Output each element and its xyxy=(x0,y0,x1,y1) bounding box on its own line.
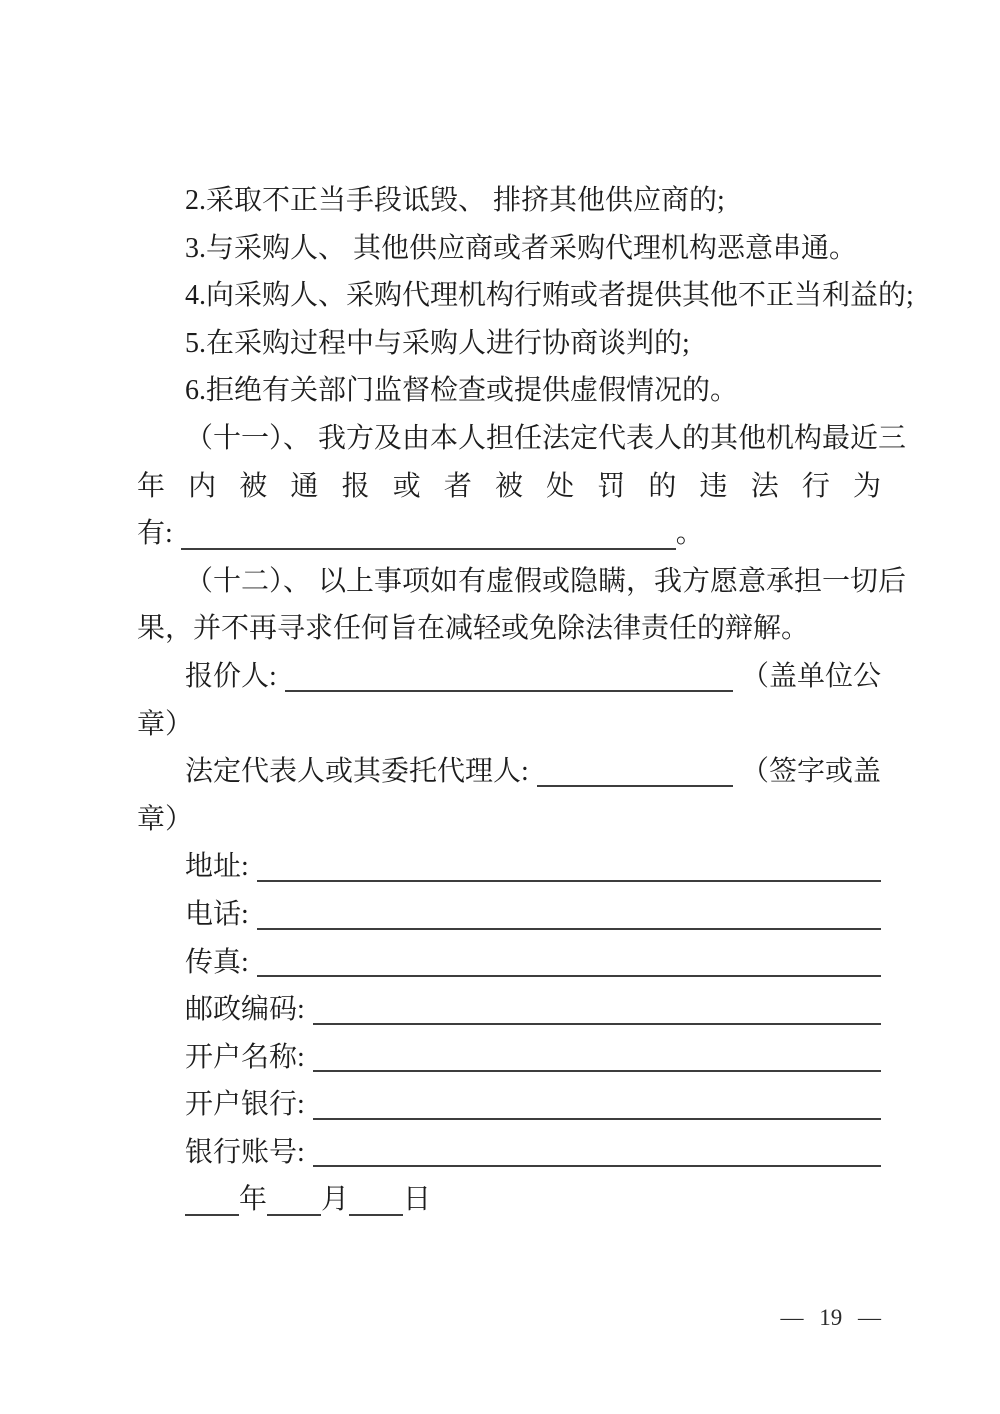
account-name-label: 开户名称: xyxy=(185,1034,305,1082)
address-blank-field xyxy=(257,880,881,882)
month-label: 月 xyxy=(321,1184,349,1215)
clause-11-line-2: 年 内 被 通 报 或 者 被 处 罚 的 违 法 行 为 xyxy=(137,463,881,511)
account-name-blank-field xyxy=(313,1070,881,1072)
bidder-seal-note: （盖单位公 xyxy=(741,653,881,701)
violations-label: 有: xyxy=(137,518,173,549)
bidder-signature-line: 报价人: （盖单位公 xyxy=(137,653,881,701)
page-footer: — 19 — xyxy=(0,1305,881,1331)
clause-11-line-1-text: （十一）、 我方及由本人担任法定代表人的其他机构最近三 xyxy=(185,423,906,454)
bank-name-line: 开户银行: xyxy=(137,1081,881,1129)
document-page: 2.采取不正当手段诋毁、 排挤其他供应商的; 3.与采购人、 其他供应商或者采购… xyxy=(0,0,1000,1414)
phone-blank-field xyxy=(257,928,881,930)
legal-rep-seal-note: （签字或盖 xyxy=(741,748,881,796)
clause-item-5-text: 5.在采购过程中与采购人进行协商谈判的; xyxy=(185,328,690,359)
clause-item-6-text: 6.拒绝有关部门监督检查或提供虚假情况的。 xyxy=(185,375,738,406)
day-label: 日 xyxy=(403,1184,431,1215)
postal-code-blank-field xyxy=(313,1023,881,1025)
postal-code-line: 邮政编码: xyxy=(137,986,881,1034)
postal-code-label: 邮政编码: xyxy=(185,986,305,1034)
bank-account-blank-field xyxy=(313,1165,881,1167)
clause-12-line-1-text: （十二）、 以上事项如有虚假或隐瞒，我方愿意承担一切后 xyxy=(185,566,906,597)
bank-account-line: 银行账号: xyxy=(137,1129,881,1177)
fax-blank-field xyxy=(257,975,881,977)
bidder-seal-note-cont-text: 章） xyxy=(137,709,193,740)
legal-rep-signature-line: 法定代表人或其委托代理人: （签字或盖 xyxy=(137,748,881,796)
clause-item-2-text: 2.采取不正当手段诋毁、 排挤其他供应商的; xyxy=(185,185,725,216)
fax-label: 传真: xyxy=(185,939,249,987)
clause-11-blank-line: 有:。 xyxy=(137,510,881,558)
clause-11-line-1: （十一）、 我方及由本人担任法定代表人的其他机构最近三 xyxy=(137,415,881,463)
clause-item-3-text: 3.与采购人、 其他供应商或者采购代理机构恶意串通。 xyxy=(185,233,857,264)
month-blank-field xyxy=(267,1184,321,1216)
clause-item-3: 3.与采购人、 其他供应商或者采购代理机构恶意串通。 xyxy=(137,225,881,273)
date-line: 年月日 xyxy=(137,1176,881,1224)
legal-rep-label: 法定代表人或其委托代理人: xyxy=(185,748,529,796)
legal-rep-seal-note-cont-text: 章） xyxy=(137,804,193,835)
document-body: 2.采取不正当手段诋毁、 排挤其他供应商的; 3.与采购人、 其他供应商或者采购… xyxy=(137,177,881,1224)
address-line: 地址: xyxy=(137,843,881,891)
violations-blank-field xyxy=(181,518,676,550)
violations-period: 。 xyxy=(676,518,704,549)
bidder-seal-note-continuation: 章） xyxy=(137,701,881,749)
clause-12-line-1: （十二）、 以上事项如有虚假或隐瞒，我方愿意承担一切后 xyxy=(137,558,881,606)
legal-rep-blank-field xyxy=(537,785,733,787)
clause-item-4: 4.向采购人、采购代理机构行贿或者提供其他不正当利益的; xyxy=(137,272,881,320)
bidder-label: 报价人: xyxy=(185,653,277,701)
clause-12-line-2: 果，并不再寻求任何旨在减轻或免除法律责任的辩解。 xyxy=(137,605,881,653)
bidder-blank-field xyxy=(285,690,733,692)
year-blank-field xyxy=(185,1184,239,1216)
legal-rep-seal-note-continuation: 章） xyxy=(137,796,881,844)
clause-11-line-2-text: 年 内 被 通 报 或 者 被 处 罚 的 违 法 行 为 xyxy=(137,471,881,502)
phone-line: 电话: xyxy=(137,891,881,939)
page-number: — 19 — xyxy=(781,1305,882,1330)
day-blank-field xyxy=(349,1184,403,1216)
year-label: 年 xyxy=(239,1184,267,1215)
address-label: 地址: xyxy=(185,843,249,891)
clause-item-6: 6.拒绝有关部门监督检查或提供虚假情况的。 xyxy=(137,367,881,415)
fax-line: 传真: xyxy=(137,939,881,987)
bank-name-blank-field xyxy=(313,1118,881,1120)
clause-12-line-2-text: 果，并不再寻求任何旨在减轻或免除法律责任的辩解。 xyxy=(137,613,809,644)
account-name-line: 开户名称: xyxy=(137,1034,881,1082)
clause-item-4-text: 4.向采购人、采购代理机构行贿或者提供其他不正当利益的; xyxy=(185,280,914,311)
bank-account-label: 银行账号: xyxy=(185,1129,305,1177)
bank-name-label: 开户银行: xyxy=(185,1081,305,1129)
clause-item-5: 5.在采购过程中与采购人进行协商谈判的; xyxy=(137,320,881,368)
phone-label: 电话: xyxy=(185,891,249,939)
clause-item-2: 2.采取不正当手段诋毁、 排挤其他供应商的; xyxy=(137,177,881,225)
